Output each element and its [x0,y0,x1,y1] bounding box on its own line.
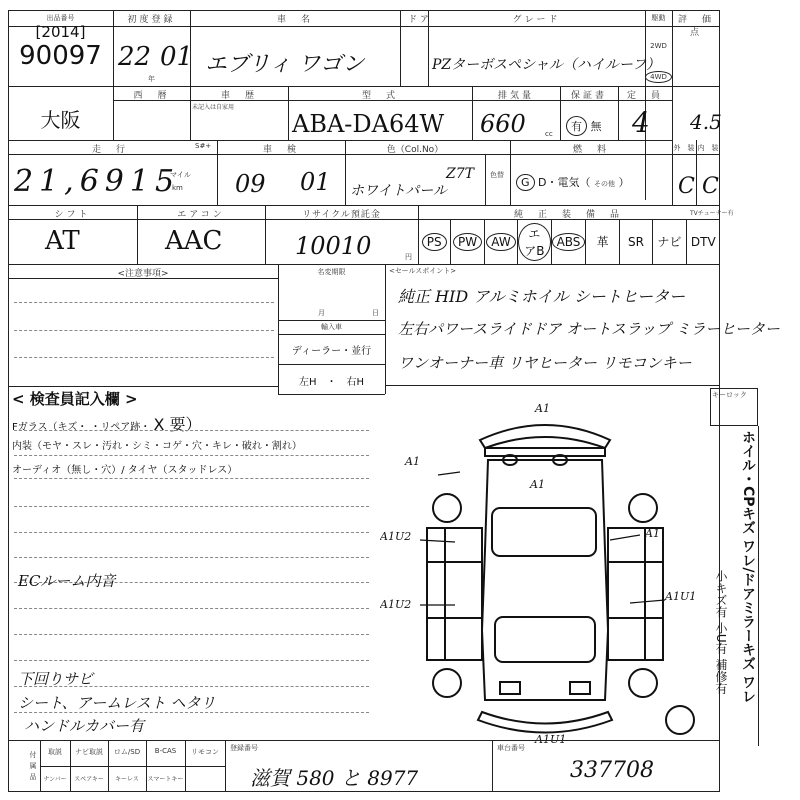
inspection-year: 09 [235,170,266,198]
yen-unit: 円 [405,252,412,262]
inspection-month: 01 [300,168,331,196]
first-reg-month: 01 [160,42,193,72]
note-handle-cover: ハンドルカバー有 [24,715,144,736]
interior-line: 内装（モヤ・スレ・汚れ・シミ・コゲ・穴・キレ・破れ・割れ） [12,437,302,452]
sales-line-3: ワンオーナー車 リヤヒーター リモコンキー [398,352,692,373]
acc-spare-key: スペアキー [70,774,108,783]
inspection-label: 車 検 [217,142,345,155]
year-unit: 年 [148,74,155,84]
dealer-parallel: ディーラー・並行 [278,342,385,357]
mileage-label: 走 行 [60,142,160,155]
fuel-label: 燃 料 [510,142,672,155]
mile-unit: マイル [170,170,191,180]
lot-number: 90097 [8,41,113,71]
mark-rear-gate: A1 [529,478,545,491]
equip-ps: PS [422,233,447,251]
drive-2wd: 2WD [645,42,672,50]
tuner-label: TVチューナー有 [690,208,734,217]
ac-label: エアコン [137,207,265,220]
audio-tire-line: オーディオ（無し・穴）/ タイヤ（スタッドレス） [12,461,237,476]
equip-navi: ナビ [657,233,681,250]
sales-point-label: <セールスポイント> [389,266,456,276]
side-note: ホイル・CPキズ ワレ/ドアミラーキズ ワレ [738,430,758,703]
first-reg-year: 22 [118,42,151,72]
drive-4wd: 4WD [645,71,672,83]
car-name-label: 車 名 [190,12,400,25]
accessory-row-2: ナンバー スペアキー キーレス スマートキー [40,774,225,783]
sales-line-1: 純正 HID アルミホイル シートヒーター [398,284,685,307]
drive-label: 駆動 [645,13,672,23]
equip-sunroof: SR [628,235,644,249]
car-diagram: A1 A1 A1 A1 A1U2 A1U2 A1U1 A1U1 [380,400,710,745]
first-reg-label: 初度登録 [113,12,190,25]
grade-label: グレード [428,12,645,25]
mark-left-front-door: A1U2 [380,598,411,611]
fuel-other: その他 [594,180,615,188]
car-name: エブリィ ワゴン [205,47,364,78]
recycle-label: リサイクル預託金 [265,207,418,220]
model: ABA-DA64W [292,110,444,138]
acc-remote: リモコン [185,747,225,757]
inspector-title: < 検査員記入欄 > [12,388,138,409]
lot-label: 出品番号 [8,13,113,23]
acc-navi-manual: ナビ取説 [70,747,108,757]
equip-pw: PW [453,233,482,251]
lot-year: [2014] [8,23,113,41]
acc-bcas: B-CAS [146,747,185,757]
equip-aw: AW [486,233,515,251]
caution-label: <注意事項> [8,266,278,279]
capacity: 4 [632,106,650,139]
recycle-fee: 10010 [295,232,371,260]
note-ec-room: ECルーム内音 [18,570,115,591]
shift-label: シフト [8,207,137,220]
capacity-label: 定 員 [618,88,672,101]
keylock-label: キーロック [712,390,747,400]
mark-right-rear: A1 [644,527,660,540]
acc-keyless: キーレス [108,774,146,783]
glass-replace: X 要） [153,415,201,434]
acc-blank [185,774,225,783]
glass-line: Fガラス（キズ・ [12,422,87,433]
displacement-label: 排気量 [472,88,560,101]
displacement: 660 [480,110,526,138]
acc-number: ナンバー [40,774,70,783]
handle-side: 左H ・ 右H [278,373,385,388]
exterior-grade: C [678,174,695,199]
score: 4.5 [690,110,722,134]
mileage: 21,6915 [14,164,180,199]
fuel-gasoline: G [516,174,535,191]
cc-unit: cc [545,130,553,138]
sales-line-2: 左右パワースライドドア オートスラップ ミラーヒーター [398,318,780,339]
ac: AAC [165,226,222,256]
score-label: 評 価 点 [672,12,720,38]
equip-dtv: DTV [691,235,716,249]
warranty-yes: 有 [566,116,587,136]
equipment-list: PS PW AW エアB ABS 革 SR ナビ DTV [418,219,720,264]
km-unit: km [172,184,183,192]
equip-abs: ABS [552,233,586,251]
chassis-number: 337708 [570,758,654,783]
mark-right-front-door: A1U1 [664,590,696,603]
s-label: S#+ [195,142,211,150]
warranty-label: 保証書 [560,88,618,101]
import-label: 輸入車 [278,322,385,332]
note-underbody: 下回りサビ [18,668,93,689]
name-change-month: 月 [318,308,325,318]
accessory-row-1: 取説 ナビ取説 ロム/SD B-CAS リモコン [40,747,225,757]
shift: AT [45,226,80,256]
fuel-options: D・電気（ [538,176,590,189]
mark-front-bumper: A1U1 [534,733,566,745]
name-change-day: 日 [372,308,379,318]
plate-number: 滋賀 580 と 8977 [250,762,418,791]
western-label: 西 暦 [113,88,190,101]
plate-label: 登録番号 [230,743,258,753]
color-label: 色（Col.No） [345,142,485,155]
venue: 大阪 [8,104,113,133]
acc-manual: 取説 [40,747,70,757]
warranty-no: 無 [591,120,602,133]
history-label: 車 歴 [190,88,288,101]
glass-rest: ・リペア跡・ [90,422,150,433]
mark-rear-bumper: A1 [534,402,550,415]
grade: PZターボスペシャル（ハイルーフ） [432,54,660,74]
equip-leather: 革 [597,233,609,250]
name-change-label: 名変期限 [278,267,385,277]
color-no: Z7T [446,166,474,182]
side-note-2: 小キズ有 小U有 補修有 [710,570,730,694]
note-seat: シート、アームレスト ヘタリ [18,692,216,713]
interior-grade: C [702,174,719,199]
accessory-label: 付属品 [10,745,38,790]
fuel-close: ） [619,176,630,189]
interior-label: 内 装 [696,143,720,153]
exterior-label: 外 装 [672,143,696,153]
mark-rear-left: A1 [404,455,420,468]
lot-number-cell: 出品番号 [2014] 90097 [8,10,113,86]
model-label: 型 式 [288,88,472,101]
acc-smart-key: スマートキー [146,774,185,783]
acc-rom-sd: ロム/SD [108,747,146,757]
mark-left-rear-door: A1U2 [380,530,411,543]
color: ホワイトパール [350,180,447,200]
color-change-label: 色替 [490,170,506,180]
history-note: 未記入は自家用 [192,102,234,111]
equip-airbag: エアB [518,223,550,261]
chassis-label: 車台番号 [497,743,525,753]
